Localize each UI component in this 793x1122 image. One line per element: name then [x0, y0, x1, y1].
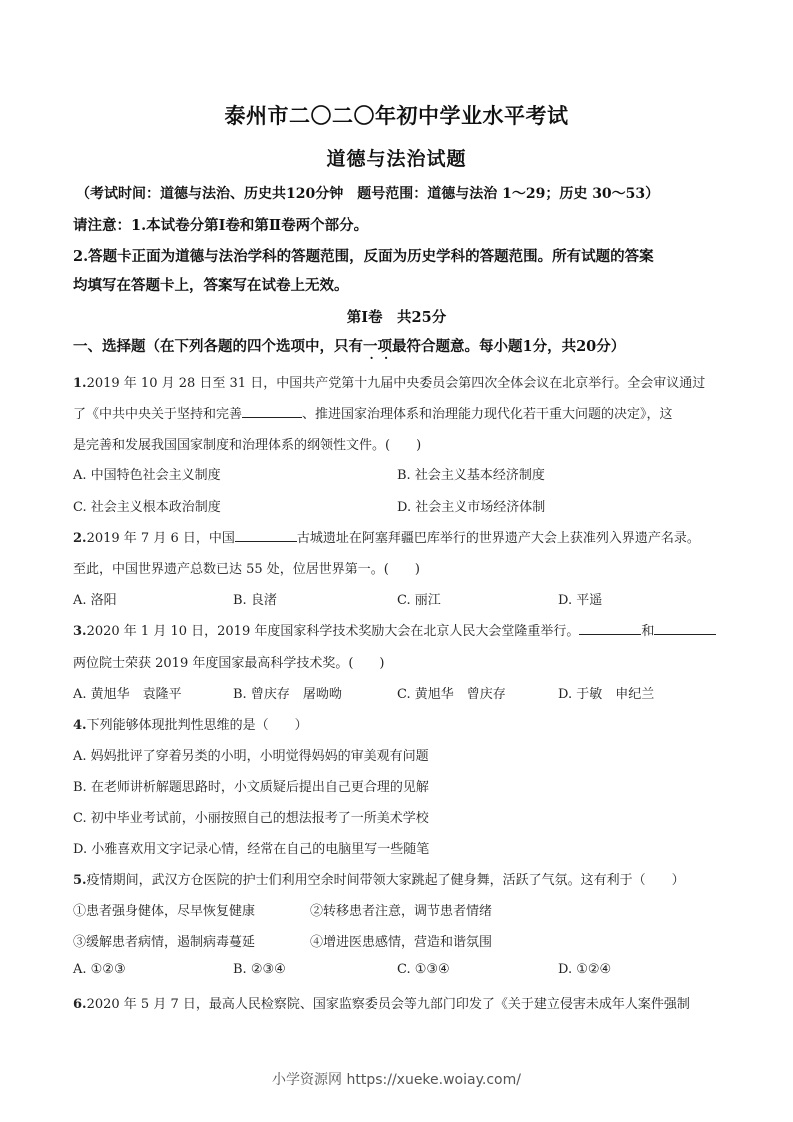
question-1-line-3: 是完善和发展我国国家制度和治理体系的纲领性文件。( ) [73, 434, 421, 453]
question-3-option-d: D. 于敏 申纪兰 [558, 683, 654, 702]
question-3-line-2: 两位院士荣获 2019 年度国家最高科学技术奖。( ) [73, 652, 385, 671]
answer-blank [235, 527, 297, 542]
exam-subtitle: 道德与法治试题 [0, 144, 793, 171]
question-text: 和 [641, 624, 654, 639]
section-heading-pre: 一、选择题（在下列各题的四个选项中，只有 [73, 338, 363, 355]
question-5-option-b: B. ②③④ [233, 962, 286, 977]
question-1-option-a: A. 中国特色社会主义制度 [73, 464, 221, 483]
exam-info: （考试时间：道德与法治、历史共120分钟 题号范围：道德与法治 1～29；历史 … [76, 183, 659, 203]
question-1-option-d: D. 社会主义市场经济体制 [397, 496, 545, 515]
question-number: 2. [73, 531, 87, 546]
question-6-line-1: 6.2020 年 5 月 7 日，最高人民检察院、国家监察委员会等九部门印发了《… [73, 993, 690, 1012]
question-5-statement-4: ④增进医患感情，营造和谐氛围 [310, 931, 492, 950]
question-5-statement-1: ①患者强身健体，尽早恢复健康 [73, 900, 255, 919]
exam-title: 泰州市二〇二〇年初中学业水平考试 [0, 100, 793, 130]
section-heading: 一、选择题（在下列各题的四个选项中，只有一项最符合题意。每小题1分，共20分） [73, 335, 625, 356]
question-3-option-c: C. 黄旭华 曾庆存 [397, 683, 506, 702]
note-1: 请注意：1.本试卷分第Ⅰ卷和第Ⅱ卷两个部分。 [73, 214, 368, 235]
question-4-option-a: A. 妈妈批评了穿着另类的小明，小明觉得妈妈的审美观有问题 [73, 745, 429, 764]
question-5-statement-2: ②转移患者注意，调节患者情绪 [310, 900, 492, 919]
answer-blank [654, 620, 716, 635]
question-4-option-c: C. 初中毕业考试前，小丽按照自己的想法报考了一所美术学校 [73, 807, 429, 826]
question-5-option-c: C. ①③④ [397, 962, 450, 977]
question-2-option-d: D. 平遥 [558, 589, 602, 608]
question-4-option-b: B. 在老师讲析解题思路时，小文质疑后提出自己更合理的见解 [73, 776, 429, 795]
emphasis-char-1: 一 [363, 338, 378, 355]
answer-blank [579, 620, 641, 635]
question-4-option-d: D. 小雅喜欢用文字记录心情，经常在自己的电脑里写一些随笔 [73, 838, 429, 857]
question-number: 1. [73, 376, 87, 391]
question-3-option-b: B. 曾庆存 屠呦呦 [233, 683, 342, 702]
exam-page: 泰州市二〇二〇年初中学业水平考试 道德与法治试题 （考试时间：道德与法治、历史共… [0, 0, 793, 1122]
question-text: 古城遗址在阿塞拜疆巴库举行的世界遗产大会上获准列入界遗产名录。 [297, 531, 700, 546]
question-5-statement-3: ③缓解患者病情，遏制病毒蔓延 [73, 931, 255, 950]
question-text: 2020 年 5 月 7 日，最高人民检察院、国家监察委员会等九部门印发了《关于… [87, 997, 690, 1012]
note-2-line-1: 2.答题卡正面为道德与法治学科的答题范围，反面为历史学科的答题范围。所有试题的答… [73, 245, 654, 266]
question-5-line-1: 5.疫情期间，武汉方仓医院的护士们利用空余时间带领大家跳起了健身舞，活跃了气氛。… [73, 869, 685, 888]
question-5-option-d: D. ①②④ [558, 962, 611, 977]
question-text: 下列能够体现批判性思维的是（ ） [87, 718, 308, 733]
question-text: 2019 年 10 月 28 日至 31 日，中国共产党第十九届中央委员会第四次… [87, 376, 706, 391]
answer-blank [242, 403, 302, 418]
question-2-option-b: B. 良渚 [233, 589, 277, 608]
question-text: 2020 年 1 月 10 日，2019 年度国家科学技术奖励大会在北京人民大会… [87, 624, 580, 639]
question-1-line-1: 1.2019 年 10 月 28 日至 31 日，中国共产党第十九届中央委员会第… [73, 372, 705, 391]
question-4-line-1: 4.下列能够体现批判性思维的是（ ） [73, 714, 308, 733]
question-2-option-c: C. 丽江 [397, 589, 441, 608]
question-3-line-1: 3.2020 年 1 月 10 日，2019 年度国家科学技术奖励大会在北京人民… [73, 620, 716, 639]
question-number: 4. [73, 718, 87, 733]
question-text: 疫情期间，武汉方仓医院的护士们利用空余时间带领大家跳起了健身舞，活跃了气氛。这有… [87, 873, 685, 888]
question-text: 了《中共中央关于坚持和完善 [73, 407, 242, 422]
question-2-line-1: 2.2019 年 7 月 6 日，中国古城遗址在阿塞拜疆巴库举行的世界遗产大会上… [73, 527, 700, 546]
question-3-option-a: A. 黄旭华 袁隆平 [73, 683, 182, 702]
question-text: 2019 年 7 月 6 日，中国 [87, 531, 235, 546]
footer-watermark: 小学资源网 https://xueke.woiay.com/ [0, 1069, 793, 1089]
question-1-option-b: B. 社会主义基本经济制度 [397, 464, 545, 483]
question-number: 5. [73, 873, 87, 888]
question-2-option-a: A. 洛阳 [73, 589, 117, 608]
section-heading-post: 最符合题意。每小题1分，共20分） [392, 338, 625, 355]
question-text: 、推进国家治理体系和治理能力现代化若干重大问题的决定》，这 [302, 407, 673, 422]
question-1-line-2: 了《中共中央关于坚持和完善、推进国家治理体系和治理能力现代化若干重大问题的决定》… [73, 403, 673, 422]
note-2-line-2: 均填写在答题卡上，答案写在试卷上无效。 [73, 274, 349, 295]
volume-title: 第Ⅰ卷 共25分 [0, 306, 793, 327]
question-5-option-a: A. ①②③ [73, 962, 126, 977]
question-number: 3. [73, 624, 87, 639]
question-2-line-2: 至此，中国世界遗产总数已达 55 处，位居世界第一。( ) [73, 558, 420, 577]
question-number: 6. [73, 997, 87, 1012]
question-1-option-c: C. 社会主义根本政治制度 [73, 496, 221, 515]
emphasis-char-2: 项 [378, 338, 393, 355]
